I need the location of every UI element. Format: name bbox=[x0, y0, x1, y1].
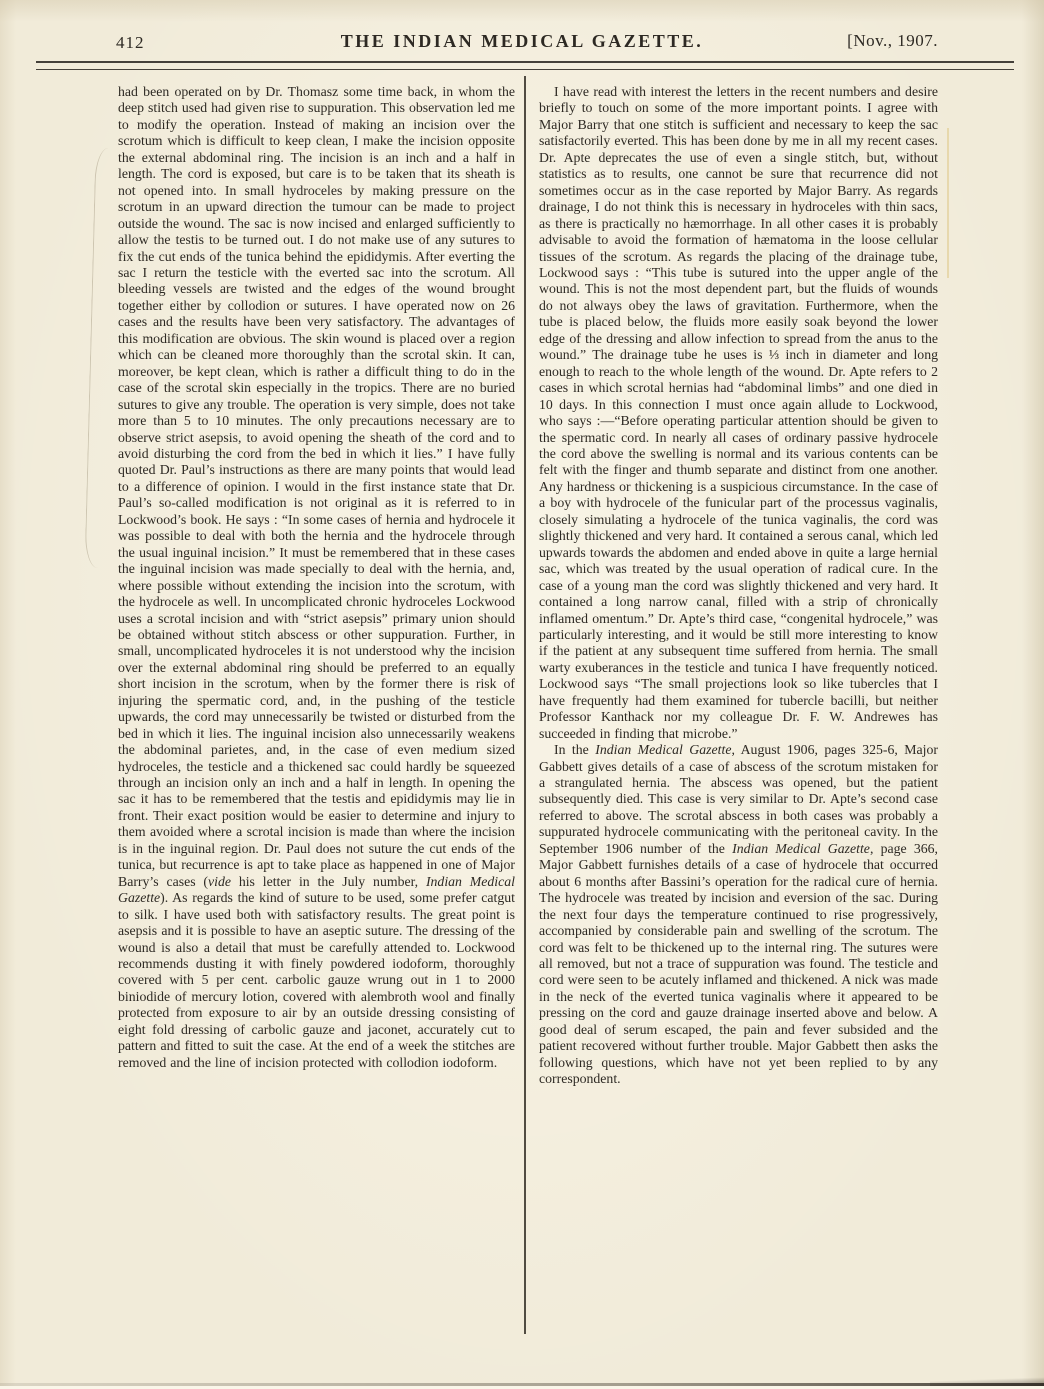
header-rule bbox=[36, 61, 1014, 70]
left-column: had been operated on by Dr. Thomasz some… bbox=[118, 84, 515, 1071]
paragraph: In the Indian Medical Gazette, August 19… bbox=[539, 742, 938, 1088]
column-divider bbox=[524, 76, 526, 1334]
paragraph: had been operated on by Dr. Thomasz some… bbox=[118, 84, 515, 1071]
paragraph: I have read with interest the letters in… bbox=[539, 84, 938, 742]
scan-crease-artifact bbox=[85, 148, 123, 569]
scan-streak-artifact bbox=[947, 128, 949, 278]
journal-page: 412 THE INDIAN MEDICAL GAZETTE. [Nov., 1… bbox=[0, 0, 1044, 1389]
issue-date: [Nov., 1907. bbox=[847, 31, 938, 51]
right-column: I have read with interest the letters in… bbox=[539, 84, 938, 1088]
